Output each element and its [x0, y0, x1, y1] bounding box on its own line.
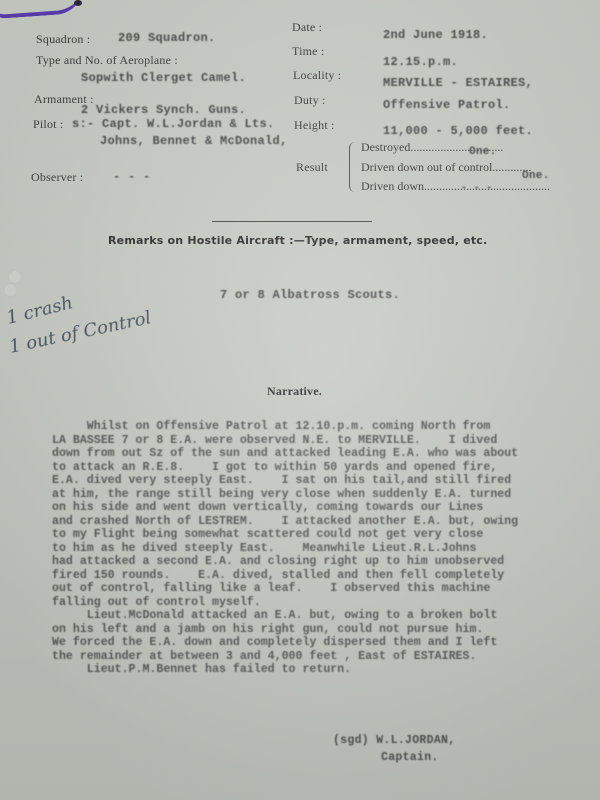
narrative-line: down from out Sz of the sun and attacked…	[52, 447, 592, 461]
result-label: Result	[296, 160, 328, 175]
squadron-value: 209 Squadron.	[118, 31, 216, 45]
result-out-of-control-row: Driven down out of control.............	[361, 160, 531, 175]
narrative-line: falling out of control myself.	[52, 596, 592, 610]
squadron-label: Squadron :	[36, 32, 90, 47]
remarks-heading: Remarks on Hostile Aircraft :—Type, arma…	[108, 234, 487, 247]
narrative-line: Lieut.McDonald attacked an E.A. but, owi…	[52, 609, 592, 623]
narrative-line: to attack an R.E.8. I got to within 50 y…	[52, 461, 592, 475]
narrative-line: to him as he dived steeply East. Meanwhi…	[52, 542, 592, 556]
duty-label: Duty :	[294, 93, 326, 108]
narrative-line: Whilst on Offensive Patrol at 12.10.p.m.…	[52, 420, 592, 434]
driven-down-label: Driven down	[361, 179, 424, 193]
narrative-line: out of control, falling like a leaf. I o…	[52, 582, 592, 596]
height-label: Height :	[294, 118, 335, 133]
signature-line1: (sgd) W.L.JORDAN,	[333, 734, 455, 747]
narrative-body: Whilst on Offensive Patrol at 12.10.p.m.…	[52, 420, 592, 677]
date-label: Date :	[292, 20, 322, 35]
punch-hole	[3, 283, 17, 297]
aeroplane-label: Type and No. of Aeroplane :	[36, 53, 178, 68]
date-value: 2nd June 1918.	[383, 28, 488, 42]
remarks-value: 7 or 8 Albatross Scouts.	[220, 288, 400, 302]
pilot-label: Pilot :	[33, 117, 63, 132]
narrative-line: on his left and a jamb on his right gun,…	[52, 623, 592, 637]
narrative-line: to my Flight being somewhat scattered co…	[52, 528, 592, 542]
driven-down-value: - - -	[461, 183, 493, 194]
remarks-heading-subtitle: —Type, armament, speed, etc.	[294, 234, 488, 247]
time-value: 12.15.p.m.	[383, 55, 458, 69]
pilot-value-line2: Johns, Bennet & McDonald,	[100, 134, 288, 148]
signature-line2: Captain.	[381, 751, 439, 764]
narrative-heading: Narrative.	[267, 384, 322, 399]
out-of-control-label: Driven down out of control	[361, 160, 492, 174]
result-brace	[349, 142, 356, 192]
locality-value: MERVILLE - ESTAIRES,	[383, 76, 533, 90]
narrative-line: Lieut.P.M.Bennet has failed to return.	[52, 663, 592, 677]
time-label: Time :	[292, 44, 324, 59]
narrative-line: had attacked a second E.A. and closing r…	[52, 555, 592, 569]
narrative-line: and crashed North of LESTREM. I attacked…	[52, 515, 592, 529]
remarks-heading-title: Remarks on Hostile Aircraft :	[108, 234, 294, 247]
narrative-line: fired 150 rounds. E.A. dived, stalled an…	[52, 569, 592, 583]
binding-knot	[74, 0, 82, 6]
narrative-line: at him, the range still being very close…	[52, 488, 592, 502]
observer-label: Observer :	[31, 170, 83, 185]
narrative-line: We forced the E.A. down and completely d…	[52, 636, 592, 650]
punch-hole	[8, 270, 22, 284]
result-driven-down-row: Driven down.............................…	[361, 179, 550, 194]
scanned-combat-report: Squadron : 209 Squadron. Type and No. of…	[0, 0, 600, 800]
destroyed-label: Destroyed	[361, 140, 410, 154]
pilot-value-line1: s:- Capt. W.L.Jordan & Lts.	[72, 117, 275, 131]
narrative-line: LA BASSEE 7 or 8 E.A. were observed N.E.…	[52, 434, 592, 448]
aeroplane-value: Sopwith Clerget Camel.	[81, 71, 246, 85]
locality-label: Locality :	[293, 68, 341, 83]
narrative-line: the remainder at between 3 and 4,000 fee…	[52, 650, 592, 664]
narrative-line: on his side and went down vertically, co…	[52, 501, 592, 515]
height-value: 11,000 - 5,000 feet.	[383, 124, 533, 138]
handwritten-note-line1: 1 crash	[4, 292, 74, 329]
observer-value: - - -	[113, 170, 151, 184]
destroyed-value: One.	[469, 146, 497, 158]
duty-value: Offensive Patrol.	[383, 98, 511, 112]
armament-value: 2 Vickers Synch. Guns.	[81, 103, 246, 117]
divider-rule	[212, 221, 372, 222]
narrative-line: E.A. dived very steeply East. I sat on h…	[52, 474, 592, 488]
